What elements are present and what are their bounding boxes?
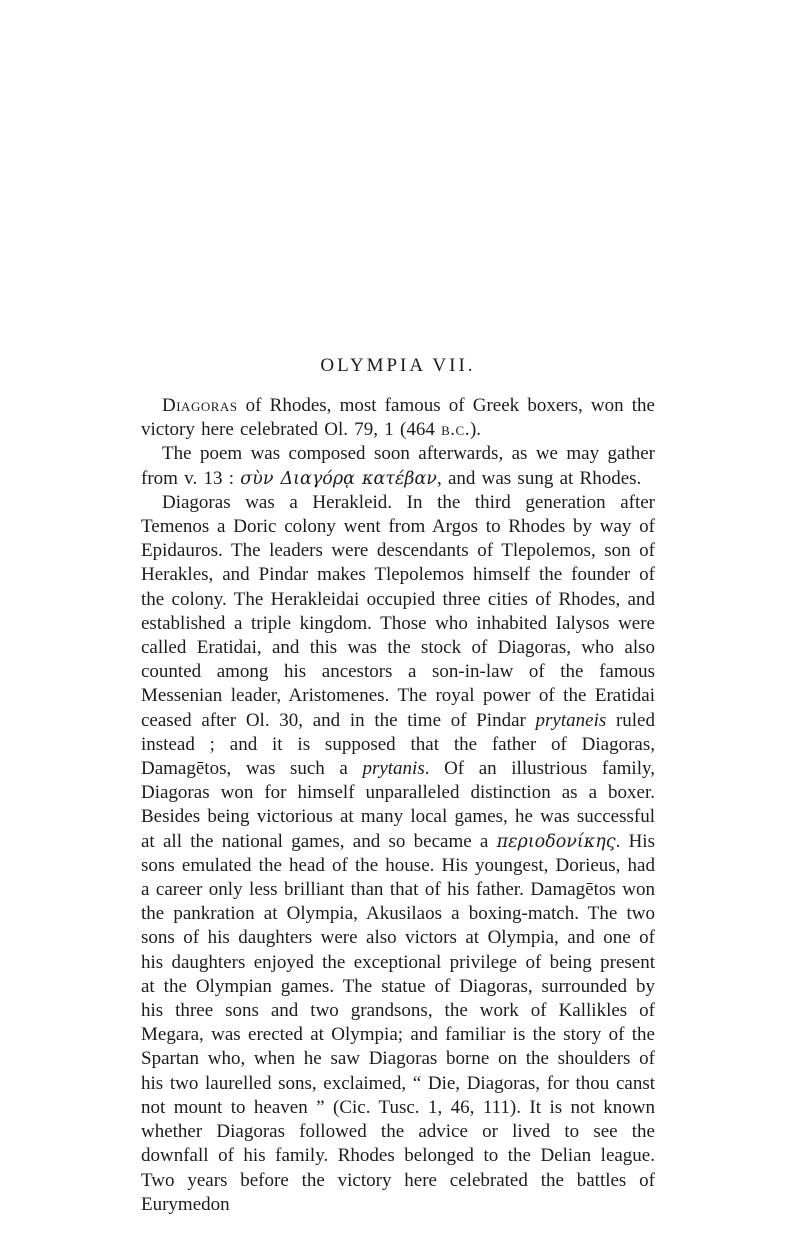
text-run: ). — [470, 419, 481, 440]
paragraph-diagoras-history: Diagoras was a Herakleid. In the third g… — [141, 491, 655, 1217]
text-run: Diagoras was a Herakleid. In the third g… — [141, 492, 655, 731]
text-run-it: prytanis — [362, 758, 424, 779]
text-column: OLYMPIA VII. Diagoras of Rhodes, most fa… — [141, 355, 655, 1217]
text-run: . His sons emulated the head of the hous… — [141, 831, 655, 1215]
page-title: OLYMPIA VII. — [141, 355, 655, 377]
text-run-sc: Diagoras — [162, 395, 238, 416]
book-page: OLYMPIA VII. Diagoras of Rhodes, most fa… — [0, 0, 800, 1237]
paragraph-intro: Diagoras of Rhodes, most famous of Greek… — [141, 394, 655, 442]
text-run-gr: σὺν Διαγόρᾳ κατέβαν — [240, 469, 437, 489]
text-run: , and was sung at Rhodes. — [437, 468, 641, 489]
paragraph-poem: The poem was composed soon afterwards, a… — [141, 442, 655, 490]
text-run-gr: περιοδονίκης — [497, 832, 616, 852]
text-run-sc: b.c. — [441, 419, 470, 440]
text-run-it: prytaneis — [536, 710, 607, 731]
